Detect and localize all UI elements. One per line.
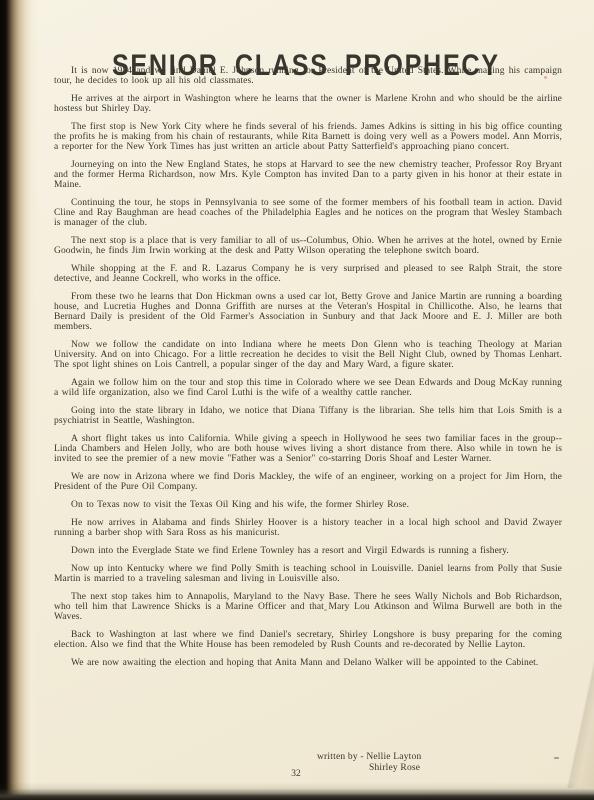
paragraph: On to Texas now to visit the Texas Oil K… bbox=[54, 500, 562, 510]
byline-line-1: written by - Nellie Layton bbox=[317, 752, 421, 763]
paragraph: Going into the state library in Idaho, w… bbox=[54, 406, 562, 426]
paragraph: While shopping at the F. and R. Lazarus … bbox=[54, 264, 562, 284]
paragraph: The next stop is a place that is very fa… bbox=[54, 236, 562, 256]
author-nellie-layton: - Nellie Layton bbox=[360, 752, 421, 762]
yearbook-page: SENIOR CLASS PROPHECY It is now 1984 and… bbox=[0, 0, 594, 800]
page-corner-edge bbox=[564, 658, 594, 788]
scan-speck bbox=[544, 76, 547, 79]
paragraph: Again we follow him on the tour and stop… bbox=[54, 378, 562, 398]
paragraph: He now arrives in Alabama and finds Shir… bbox=[54, 518, 562, 538]
paragraph: He arrives at the airport in Washington … bbox=[54, 94, 562, 114]
book-spine-shadow bbox=[0, 0, 38, 800]
paragraph: The first stop is New York City where he… bbox=[54, 122, 562, 152]
bottom-scan-edge bbox=[0, 782, 594, 800]
paragraph: We are now awaiting the election and hop… bbox=[54, 658, 562, 668]
paragraph: Now up into Kentucky where we find Polly… bbox=[54, 564, 562, 584]
paragraph: Journeying on into the New England State… bbox=[54, 160, 562, 190]
scan-speck bbox=[554, 757, 559, 759]
body-text: It is now 1984 and we find Daniel E. Joh… bbox=[54, 66, 562, 676]
paragraph: Continuing the tour, he stops in Pennsyl… bbox=[54, 198, 562, 228]
paragraph: Down into the Everglade State we find Er… bbox=[54, 546, 562, 556]
paragraph: It is now 1984 and we find Daniel E. Joh… bbox=[54, 66, 562, 86]
paragraph: The next stop takes him to Annapolis, Ma… bbox=[54, 592, 562, 622]
written-by-label: written by bbox=[317, 752, 358, 762]
paragraph: We are now in Arizona where we find Dori… bbox=[54, 472, 562, 492]
scan-speck bbox=[324, 609, 327, 611]
paragraph: A short flight takes us into California.… bbox=[54, 434, 562, 464]
paragraph: From these two he learns that Don Hickma… bbox=[54, 292, 562, 332]
page-number: 32 bbox=[281, 769, 311, 779]
paragraph: Now we follow the candidate on into Indi… bbox=[54, 340, 562, 370]
byline: written by - Nellie Layton Shirley Rose bbox=[317, 752, 421, 774]
author-shirley-rose: Shirley Rose bbox=[369, 763, 421, 774]
paragraph: Back to Washington at last where we find… bbox=[54, 630, 562, 650]
